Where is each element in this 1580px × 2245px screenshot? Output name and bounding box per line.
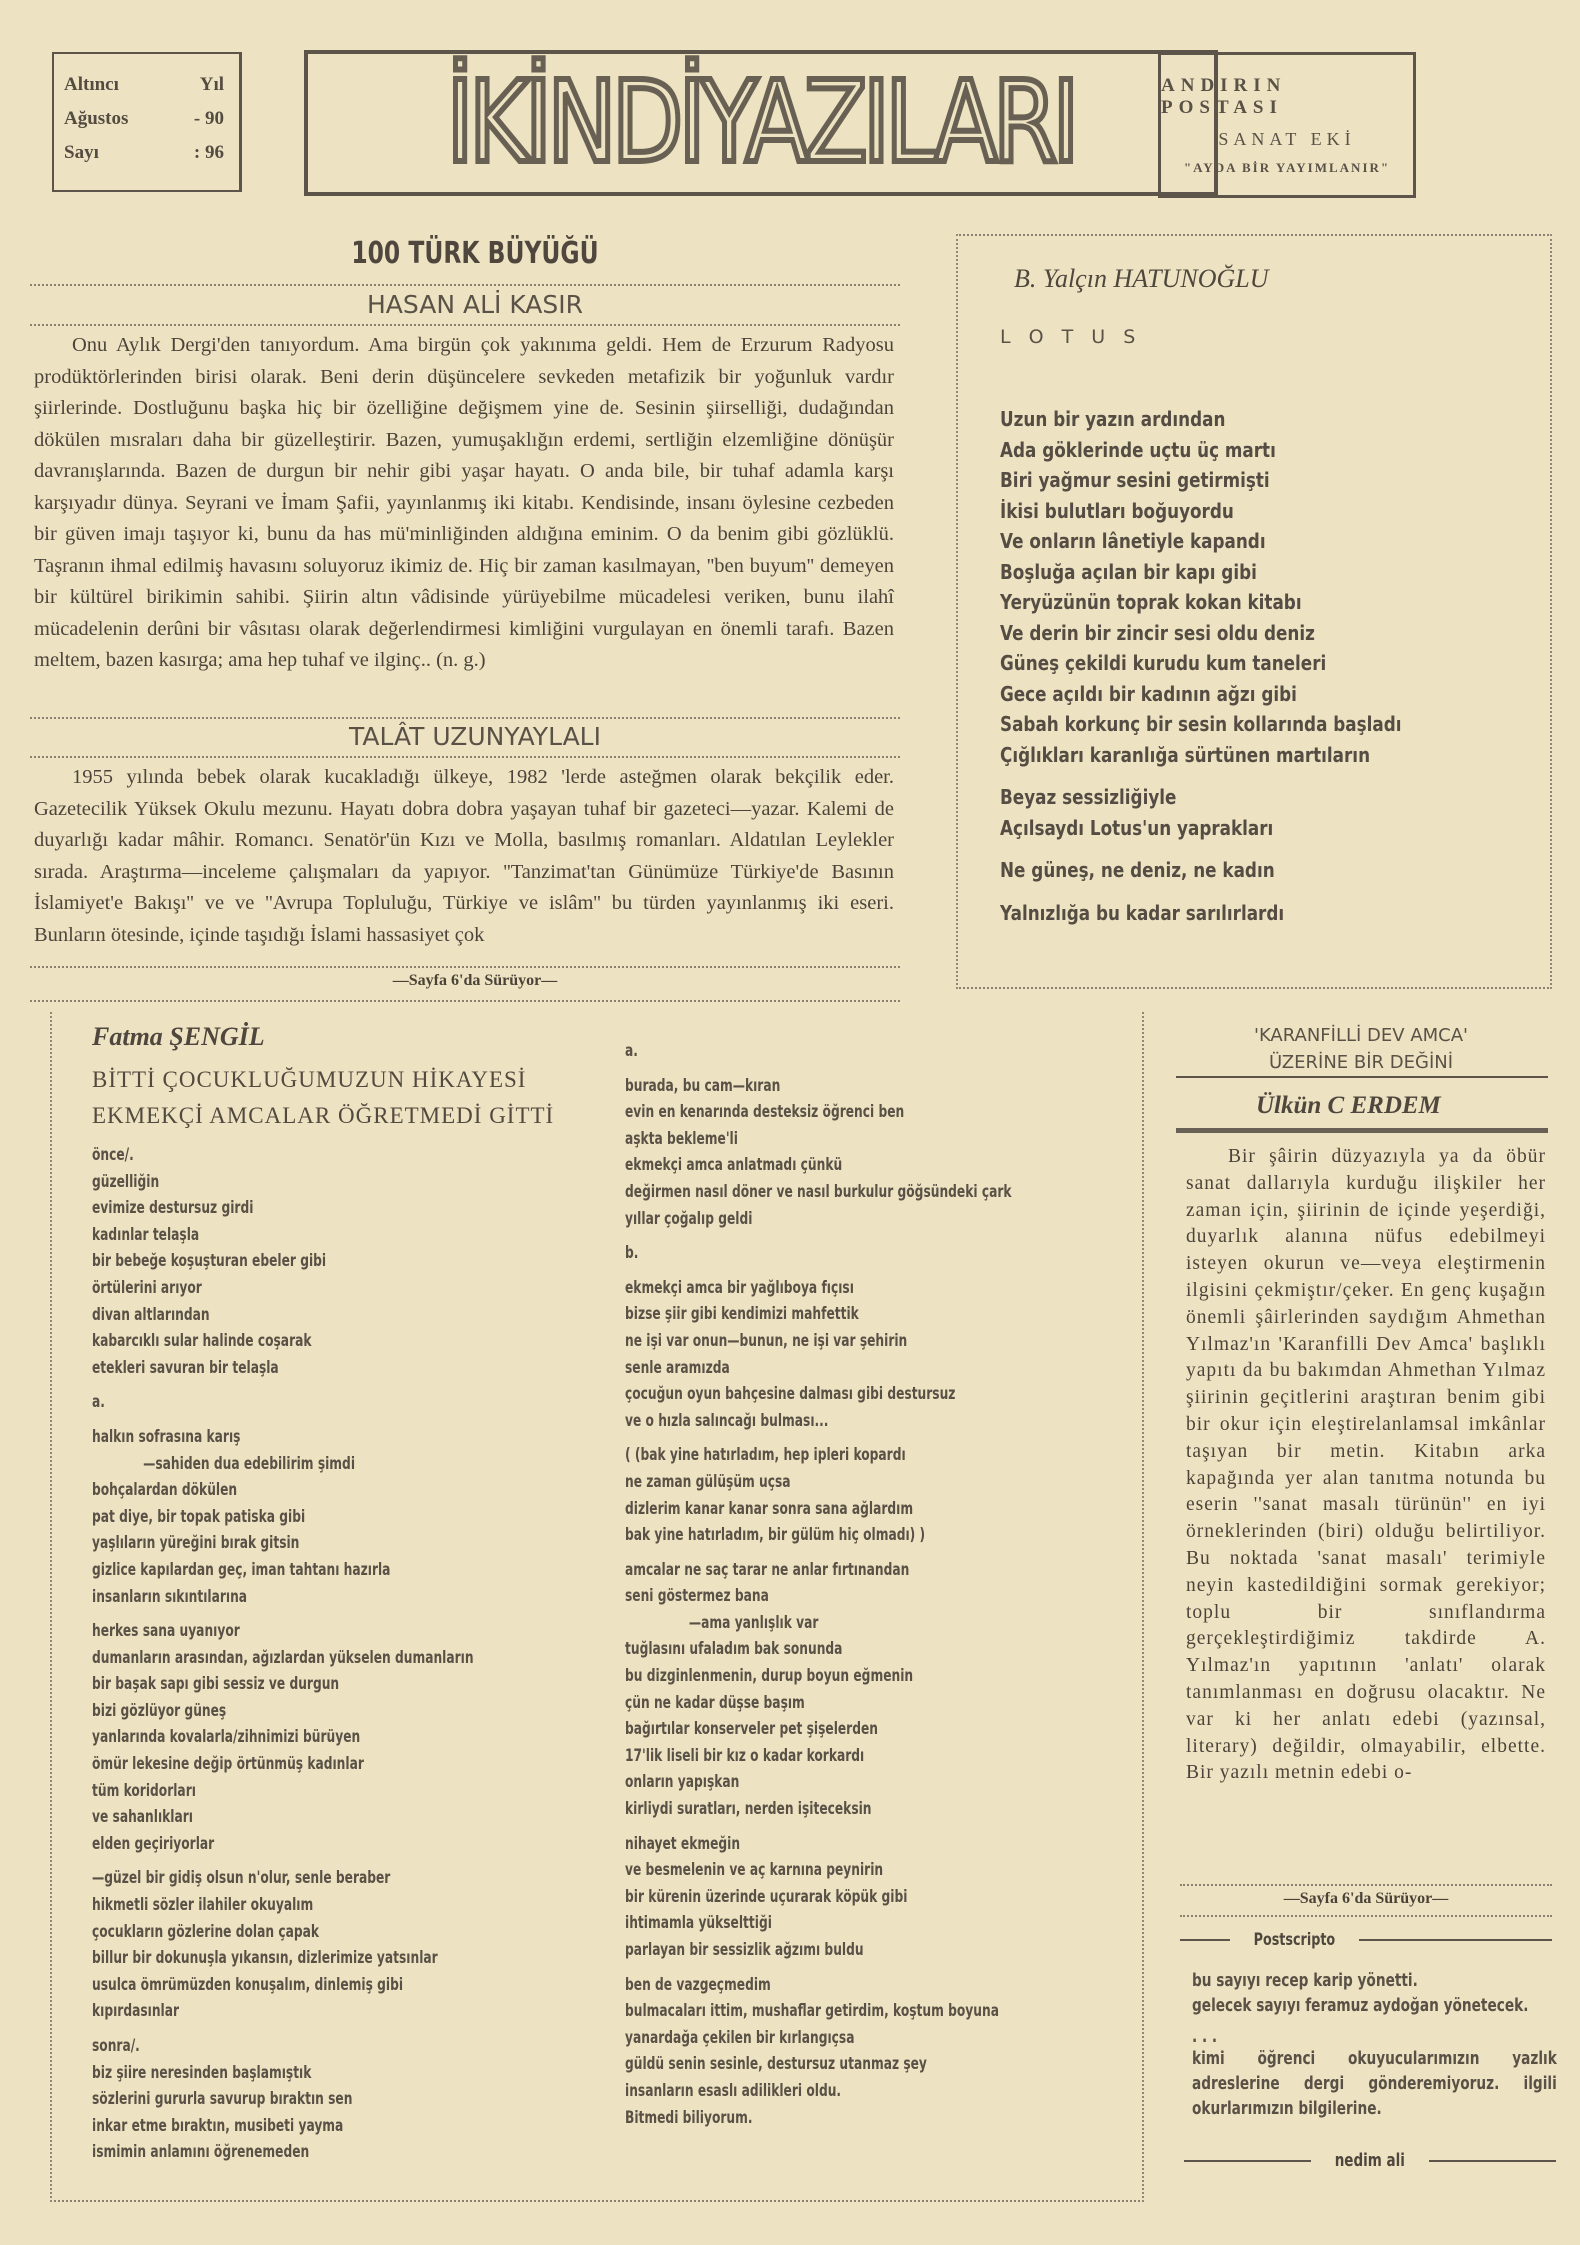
poem-line: a. [92,1389,474,1416]
lotus-author: B. Yalçın HATUNOĞLU [1014,264,1269,294]
poem-line: çocukların gözlerine dolan çapak [92,1919,474,1946]
poem-line: divan altlarından [92,1302,474,1329]
poem-line: Biri yağmur sesini getirmişti [1000,465,1402,496]
signature-row: nedim ali [1184,2150,1556,2171]
poem-line: biz şiire neresinden başlamıştık [92,2060,474,2087]
poem-line: insanların esaslı adilikleri oldu. [625,2078,1012,2105]
karanfilli-author: Ülkün C ERDEM [1256,1092,1441,1120]
poem-line: a. [625,1038,1012,1065]
poem-line: nihayet ekmeğin [625,1831,1012,1858]
continue-note[interactable]: —Sayfa 6'da Sürüyor— [1180,1890,1552,1908]
poem-line: insanların sıkıntılarına [92,1584,474,1611]
stanza: ekmekçi amca bir yağlıboya fıçısıbizse ş… [625,1275,1012,1435]
poem-line: yıllar çoğalıp geldi [625,1206,1012,1233]
poem-line: bu dizginlenmenin, durup boyun eğmenin [625,1663,1012,1690]
poem-line: bohçalardan dökülen [92,1477,474,1504]
poem-line: Gece açıldı bir kadının ağzı gibi [1000,679,1402,710]
stanza: Ne güneş, ne deniz, ne kadın [1000,855,1402,886]
publisher-line-2: SANAT EKİ [1218,129,1355,150]
divider [30,966,900,968]
poem-line: burada, bu cam—kıran [625,1073,1012,1100]
poem-line: ve sahanlıkları [92,1804,474,1831]
issue-info-value: Yıl [200,68,224,102]
poem-line: Ne güneş, ne deniz, ne kadın [1000,855,1402,886]
poem-line: Boşluğa açılan bir kapı gibi [1000,557,1402,588]
poem-line: kabarcıklı sular halinde coşarak [92,1328,474,1355]
poem-line: dumanların arasından, ağızlardan yüksele… [92,1645,474,1672]
poem-line: Beyaz sessizliğiyle [1000,782,1402,813]
stanza: b. [625,1240,1012,1267]
poem-line: Ve derin bir zincir sesi oldu deniz [1000,618,1402,649]
divider [30,324,900,326]
poem-line: Ada göklerinde uçtu üç martı [1000,435,1402,466]
publication-box: ANDIRIN POSTASI SANAT EKİ "AYDA BİR YAYI… [1158,52,1416,198]
poem-line: kadınlar telaşla [92,1222,474,1249]
poem-line: ne zaman gülüşüm uçsa [625,1469,1012,1496]
issue-info-label: Altıncı [64,68,119,102]
stanza: amcalar ne saç tarar ne anlar fırtınanda… [625,1557,1012,1823]
poem-line: hikmetli sözler ilahiler okuyalım [92,1892,474,1919]
poem-line: etekleri savuran bir telaşla [92,1355,474,1382]
continue-note[interactable]: —Sayfa 6'da Sürüyor— [300,972,650,990]
poem-line: Çığlıkları karanlığa sürtünen martıların [1000,740,1402,771]
poem-line: ne işi var onun—bunun, ne işi var şehiri… [625,1328,1012,1355]
divider [1176,1076,1548,1078]
stanza: halkın sofrasına karış —sahiden dua edeb… [92,1424,474,1610]
poem-line: dizlerim kanar kanar sonra sana ağlardım [625,1496,1012,1523]
poem-line: kıpırdasınlar [92,1998,474,2025]
poem-line: kirliydi suratları, nerden işiteceksin [625,1796,1012,1823]
poem-line: güldü senin sesinle, destursuz utanmaz ş… [625,2051,1012,2078]
stanza: a. [92,1389,474,1416]
poem-line: tuğlasını ufaladım bak sonunda [625,1636,1012,1663]
rule-left [1180,1939,1230,1941]
sengil-column-2: a.burada, bu cam—kıranevin en kenarında … [625,1038,1012,2131]
postscript-heading: Postscripto [1254,1930,1336,1950]
issue-info-value: - 90 [194,102,224,136]
poem-line: ve besmelenin ve aç karnına peynirin [625,1857,1012,1884]
stanza: önce/.güzelliğinevimize destursuz girdik… [92,1142,474,1381]
entry-name-1: HASAN ALİ KASIR [200,290,750,319]
poem-line: herkes sana uyanıyor [92,1618,474,1645]
poem-line: ismimin anlamını öğrenemeden [92,2139,474,2166]
divider [1180,1884,1552,1886]
poem-line: inkar etme bıraktın, musibeti yayma [92,2113,474,2140]
sengil-column-1: önce/.güzelliğinevimize destursuz girdik… [92,1142,474,2166]
poem-line: senle aramızda [625,1355,1012,1382]
stanza: nihayet ekmeğinve besmelenin ve aç karnı… [625,1831,1012,1964]
divider [1176,1128,1548,1133]
poem-line: amcalar ne saç tarar ne anlar fırtınanda… [625,1557,1012,1584]
divider [30,284,900,286]
poem-line: yaşlıların yüreğini bırak gitsin [92,1530,474,1557]
issue-info-row: Ağustos- 90 [64,102,224,136]
poem-line: ( (bak yine hatırladım, hep ipleri kopar… [625,1442,1012,1469]
poem-line: örtülerini arıyor [92,1275,474,1302]
poem-line: Yalnızlığa bu kadar sarılırlardı [1000,898,1402,929]
stanza: Yalnızlığa bu kadar sarılırlardı [1000,898,1402,929]
poem-line: bizi gözlüyor güneş [92,1698,474,1725]
stanza: ( (bak yine hatırladım, hep ipleri kopar… [625,1442,1012,1548]
poem-line: İkisi bulutları boğuyordu [1000,496,1402,527]
karanfilli-text: Bir şâirin düzyazıyla ya da öbür sanat d… [1186,1144,1546,1787]
divider [1180,1915,1552,1917]
divider [30,717,900,719]
publisher-line-3: "AYDA BİR YAYIMLANIR" [1184,160,1390,176]
poem-line: elden geçiriyorlar [92,1831,474,1858]
stanza: herkes sana uyanıyordumanların arasından… [92,1618,474,1857]
poem-line: bir bebeğe koşuşturan ebeler gibi [92,1248,474,1275]
poem-line: önce/. [92,1142,474,1169]
sengil-author: Fatma ŞENGİL [92,1022,265,1052]
poem-line: bak yine hatırladım, bir gülüm hiç olmad… [625,1522,1012,1549]
stanza: Uzun bir yazın ardındanAda göklerinde uç… [1000,404,1402,770]
rule-right [1359,1939,1552,1941]
karanfilli-title: 'KARANFİLLİ DEV AMCA' ÜZERİNE BİR DEĞİNİ [1176,1022,1546,1076]
stanza: Beyaz sessizliğiyleAçılsaydı Lotus'un ya… [1000,782,1402,843]
poem-line: —ama yanlışlık var [625,1610,1012,1637]
poem-line: Bitmedi biliyorum. [625,2105,1012,2132]
issue-info-row: Sayı: 96 [64,136,224,170]
sengil-title: BİTTİ ÇOCUKLUĞUMUZUN HİKAYESİ EKMEKÇİ AM… [92,1062,554,1134]
poem-line: ve o hızla salıncağı bulması... [625,1408,1012,1435]
poem-line: ekmekçi amca bir yağlıboya fıçısı [625,1275,1012,1302]
poem-line: parlayan bir sessizlik ağzımı buldu [625,1937,1012,1964]
poem-line: evin en kenarında desteksiz öğrenci ben [625,1099,1012,1126]
postscript-signature: nedim ali [1335,2150,1405,2171]
poem-line: değirmen nasıl döner ve nasıl burkulur g… [625,1179,1012,1206]
postscript-heading-row: Postscripto [1180,1930,1552,1950]
poem-line: evimize destursuz girdi [92,1195,474,1222]
poem-line: pat diye, bir topak patiska gibi [92,1504,474,1531]
entry-text-2: 1955 yılında bebek olarak kucakladığı ül… [34,762,894,951]
section-title: 100 TÜRK BÜYÜĞÜ [300,236,651,271]
poem-line: ekmekçi amca anlatmadı çünkü [625,1152,1012,1179]
poem-line: Ve onların lânetiyle kapandı [1000,526,1402,557]
poem-line: onların yapışkan [625,1769,1012,1796]
stanza: sonra/.biz şiire neresinden başlamıştıks… [92,2033,474,2166]
masthead-title: İKİNDİYAZILARI [447,67,1075,179]
issue-info-value: : 96 [194,136,224,170]
poem-line: bağırtılar konserveler pet şişelerden [625,1716,1012,1743]
poem-line: yanlarında kovalarla/zihnimizi bürüyen [92,1724,474,1751]
issue-info-box: AltıncıYılAğustos- 90Sayı: 96 [52,52,242,192]
entry-name-2: TALÂT UZUNYAYLALI [200,722,750,751]
publisher-line-1: ANDIRIN POSTASI [1161,75,1413,119]
stanza: burada, bu cam—kıranevin en kenarında de… [625,1073,1012,1233]
stanza: ben de vazgeçmedimbulmacaları ittim, mus… [625,1972,1012,2132]
lotus-title: L O T U S [1000,326,1141,348]
poem-line: bir kürenin üzerinde uçurarak köpük gibi [625,1884,1012,1911]
poem-line: —güzel bir gidiş olsun n'olur, senle ber… [92,1865,474,1892]
poem-line: Güneş çekildi kurudu kum taneleri [1000,648,1402,679]
poem-line: aşkta bekleme'li [625,1126,1012,1153]
poem-line: güzelliğin [92,1169,474,1196]
poem-line: çocuğun oyun bahçesine dalması gibi dest… [625,1381,1012,1408]
issue-info-row: AltıncıYıl [64,68,224,102]
stanza: —güzel bir gidiş olsun n'olur, senle ber… [92,1865,474,2025]
rule-left [1184,2160,1311,2162]
divider [30,1000,900,1002]
poem-line: ben de vazgeçmedim [625,1972,1012,1999]
poem-line: Uzun bir yazın ardından [1000,404,1402,435]
poem-line: ömür lekesine değip örtünmüş kadınlar [92,1751,474,1778]
poem-line: bizse şiir gibi kendimizi mahfettik [625,1301,1012,1328]
postscript-notice: kimi öğrenci okuyucularımızın yazlık adr… [1192,2046,1557,2121]
poem-line: —sahiden dua edebilirim şimdi [92,1451,474,1478]
postscript-lines: bu sayıyı recep karip yönetti. gelecek s… [1192,1968,1528,2049]
poem-line: Yeryüzünün toprak kokan kitabı [1000,587,1402,618]
poem-line: usulca ömrümüzden konuşalım, dinlemiş gi… [92,1972,474,1999]
poem-line: sonra/. [92,2033,474,2060]
poem-line: billur bir dokunuşla yıkansın, dizlerimi… [92,1945,474,1972]
rule-right [1429,2160,1556,2162]
poem-line: bulmacaları ittim, mushaflar getirdim, k… [625,1998,1012,2025]
poem-line: Sabah korkunç bir sesin kollarında başla… [1000,709,1402,740]
poem-line: bir başak sapı gibi sessiz ve durgun [92,1671,474,1698]
poem-line: yanardağa çekilen bir kırlangıçsa [625,2025,1012,2052]
poem-line: halkın sofrasına karış [92,1424,474,1451]
poem-line: seni göstermez bana [625,1583,1012,1610]
stanza: a. [625,1038,1012,1065]
poem-line: tüm koridorları [92,1778,474,1805]
poem-line: b. [625,1240,1012,1267]
issue-info-label: Ağustos [64,102,128,136]
poem-line: 17'lik liseli bir kız o kadar korkardı [625,1743,1012,1770]
poem-line: Açılsaydı Lotus'un yaprakları [1000,813,1402,844]
entry-text-1: Onu Aylık Dergi'den tanıyordum. Ama birg… [34,330,894,677]
lotus-poem: Uzun bir yazın ardındanAda göklerinde uç… [1000,404,1402,928]
poem-line: gizlice kapılardan geç, iman tahtanı haz… [92,1557,474,1584]
poem-line: çün ne kadar düşse başım [625,1690,1012,1717]
poem-line: sözlerini gururla savurup bıraktın sen [92,2086,474,2113]
divider [30,756,900,758]
poem-line: ihtimamla yükselttiği [625,1910,1012,1937]
issue-info-label: Sayı [64,136,99,170]
